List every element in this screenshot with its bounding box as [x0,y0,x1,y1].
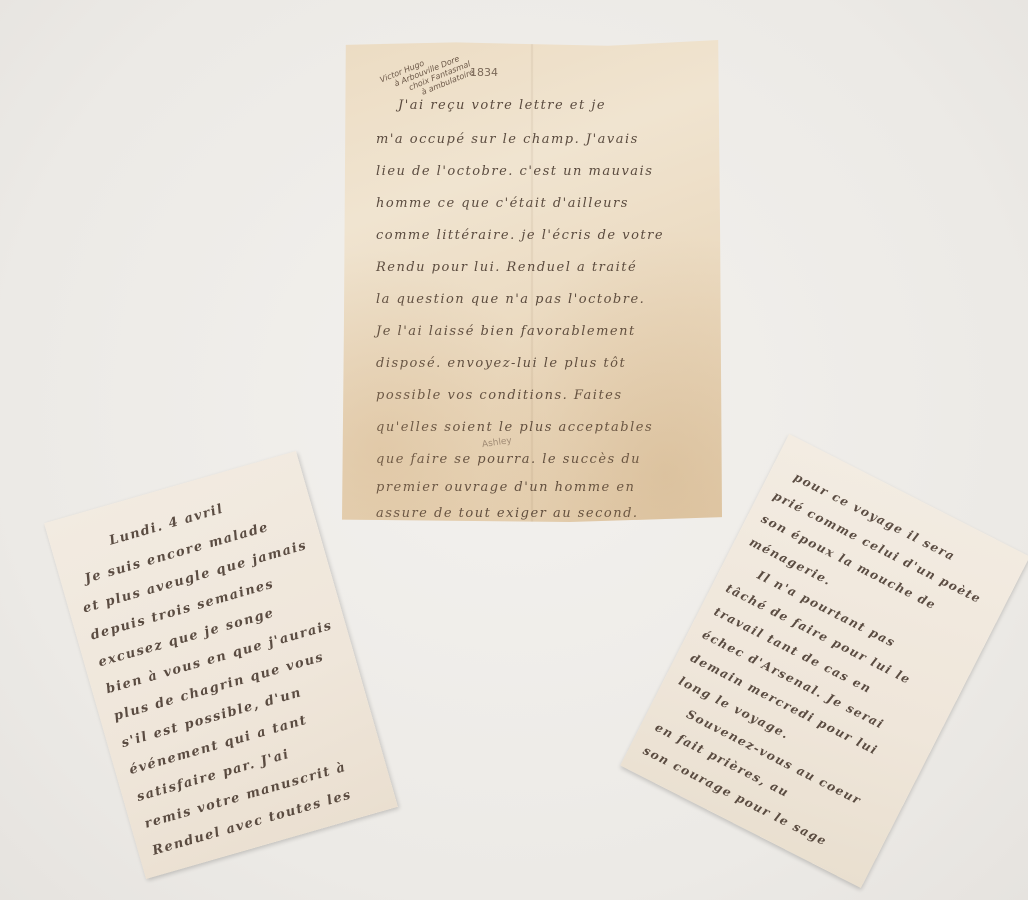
photo-scene: Victor Hugo à Arbouville Dore choix Fant… [0,0,1028,900]
letter-line: la question que n'a pas l'octobre. [376,292,645,307]
letter-line: m'a occupé sur le champ. J'avais [376,132,639,147]
letter-line: possible vos conditions. Faites [376,388,623,403]
main-letter: Victor Hugo à Arbouville Dore choix Fant… [342,40,722,522]
year-annotation: 1834 [470,66,498,79]
letter-line: qu'elles soient le plus acceptables [376,420,653,435]
letter-line: disposé. envoyez-lui le plus tôt [376,356,626,371]
letter-line: Rendu pour lui. Renduel a traité [376,260,637,275]
letter-line: premier ouvrage d'un homme en [376,480,635,495]
letter-line: J'ai reçu votre lettre et je [398,98,606,113]
faint-stamp: Ashley [481,436,512,450]
letter-line: homme ce que c'était d'ailleurs [376,196,629,211]
letter-line: comme littéraire. je l'écris de votre [376,228,664,243]
letter-line: Je l'ai laissé bien favorablement [376,324,636,339]
letter-line: assure de tout exiger au second. [376,506,639,521]
letter-line: que faire se pourra. le succès du [376,452,641,467]
letter-line: lieu de l'octobre. c'est un mauvais [376,164,653,179]
